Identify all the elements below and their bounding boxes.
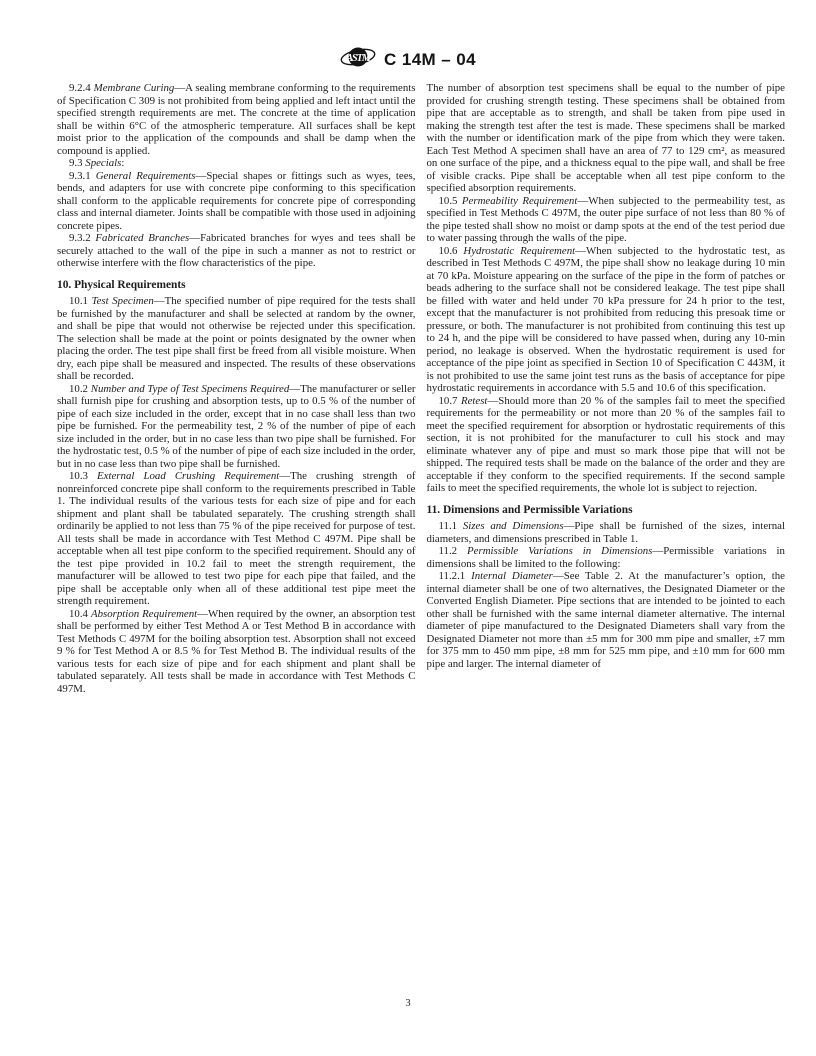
page-number: 3 (0, 998, 816, 1009)
paragraph: 10.4 Absorption Requirement—When require… (57, 608, 416, 696)
paragraph: 11.2.1 Internal Diameter—See Table 2. At… (427, 570, 786, 670)
clause-number: 9.3 (69, 157, 85, 169)
clause-title: Hydrostatic Requirement (463, 245, 575, 257)
paragraph: 10.5 Permeability Requirement—When subje… (427, 195, 786, 245)
paragraph: 10.1 Test Specimen—The specified number … (57, 295, 416, 383)
paragraph: 11.1 Sizes and Dimensions—Pipe shall be … (427, 520, 786, 545)
paragraph: 9.2.4 Membrane Curing—A sealing membrane… (57, 82, 416, 157)
clause-number: 9.3.1 (69, 170, 96, 182)
paragraph: 9.3 Specials: (57, 157, 416, 170)
clause-title: Internal Diameter (471, 570, 553, 582)
clause-title: Permeability Requirement (462, 195, 577, 207)
clause-number: 10.4 (69, 608, 91, 620)
clause-title: Permissible Variations in Dimensions (467, 545, 652, 557)
document-page: ASTM C 14M – 04 9.2.4 Membrane Curing—A … (0, 0, 816, 1056)
clause-title: Membrane Curing (94, 82, 175, 94)
clause-title: Absorption Requirement (91, 608, 197, 620)
clause-number: 10.7 (439, 395, 461, 407)
clause-title: Fabricated Branches (95, 232, 189, 244)
paragraph: 10.2 Number and Type of Test Specimens R… (57, 383, 416, 471)
clause-title: Sizes and Dimensions (463, 520, 564, 532)
clause-title: Retest (461, 395, 488, 407)
document-body: 9.2.4 Membrane Curing—A sealing membrane… (57, 82, 785, 695)
astm-logo-icon: ASTM (340, 44, 376, 75)
clause-title: General Requirements (96, 170, 196, 182)
clause-number: 11.2 (439, 545, 468, 557)
paragraph: The number of absorption test specimens … (427, 82, 786, 195)
clause-number: 11.1 (439, 520, 463, 532)
clause-number: 10.3 (69, 470, 97, 482)
paragraph: 9.3.1 General Requirements—Special shape… (57, 170, 416, 233)
section-heading: 10. Physical Requirements (57, 279, 416, 292)
svg-text:ASTM: ASTM (345, 53, 372, 64)
left-column: 9.2.4 Membrane Curing—A sealing membrane… (57, 82, 416, 695)
paragraph: 10.3 External Load Crushing Requirement—… (57, 470, 416, 608)
clause-number: 10.6 (439, 245, 464, 257)
paragraph: 11.2 Permissible Variations in Dimension… (427, 545, 786, 570)
section-heading: 11. Dimensions and Permissible Variation… (427, 504, 786, 517)
standard-designation: C 14M – 04 (384, 50, 476, 70)
clause-title: Number and Type of Test Specimens Requir… (91, 383, 290, 395)
clause-number: 9.2.4 (69, 82, 94, 94)
clause-number: 9.3.2 (69, 232, 95, 244)
paragraph: 9.3.2 Fabricated Branches—Fabricated bra… (57, 232, 416, 270)
clause-number: 10.5 (439, 195, 462, 207)
right-column: The number of absorption test specimens … (427, 82, 786, 695)
clause-title: Specials (85, 157, 121, 169)
paragraph: 10.7 Retest—Should more than 20 % of the… (427, 395, 786, 495)
paragraph: 10.6 Hydrostatic Requirement—When subjec… (427, 245, 786, 395)
clause-number: 10.2 (69, 383, 91, 395)
document-header: ASTM C 14M – 04 (0, 44, 816, 75)
clause-title: Test Specimen (92, 295, 154, 307)
clause-number: 10.1 (69, 295, 92, 307)
clause-number: 11.2.1 (439, 570, 472, 582)
clause-title: External Load Crushing Requirement (97, 470, 279, 482)
